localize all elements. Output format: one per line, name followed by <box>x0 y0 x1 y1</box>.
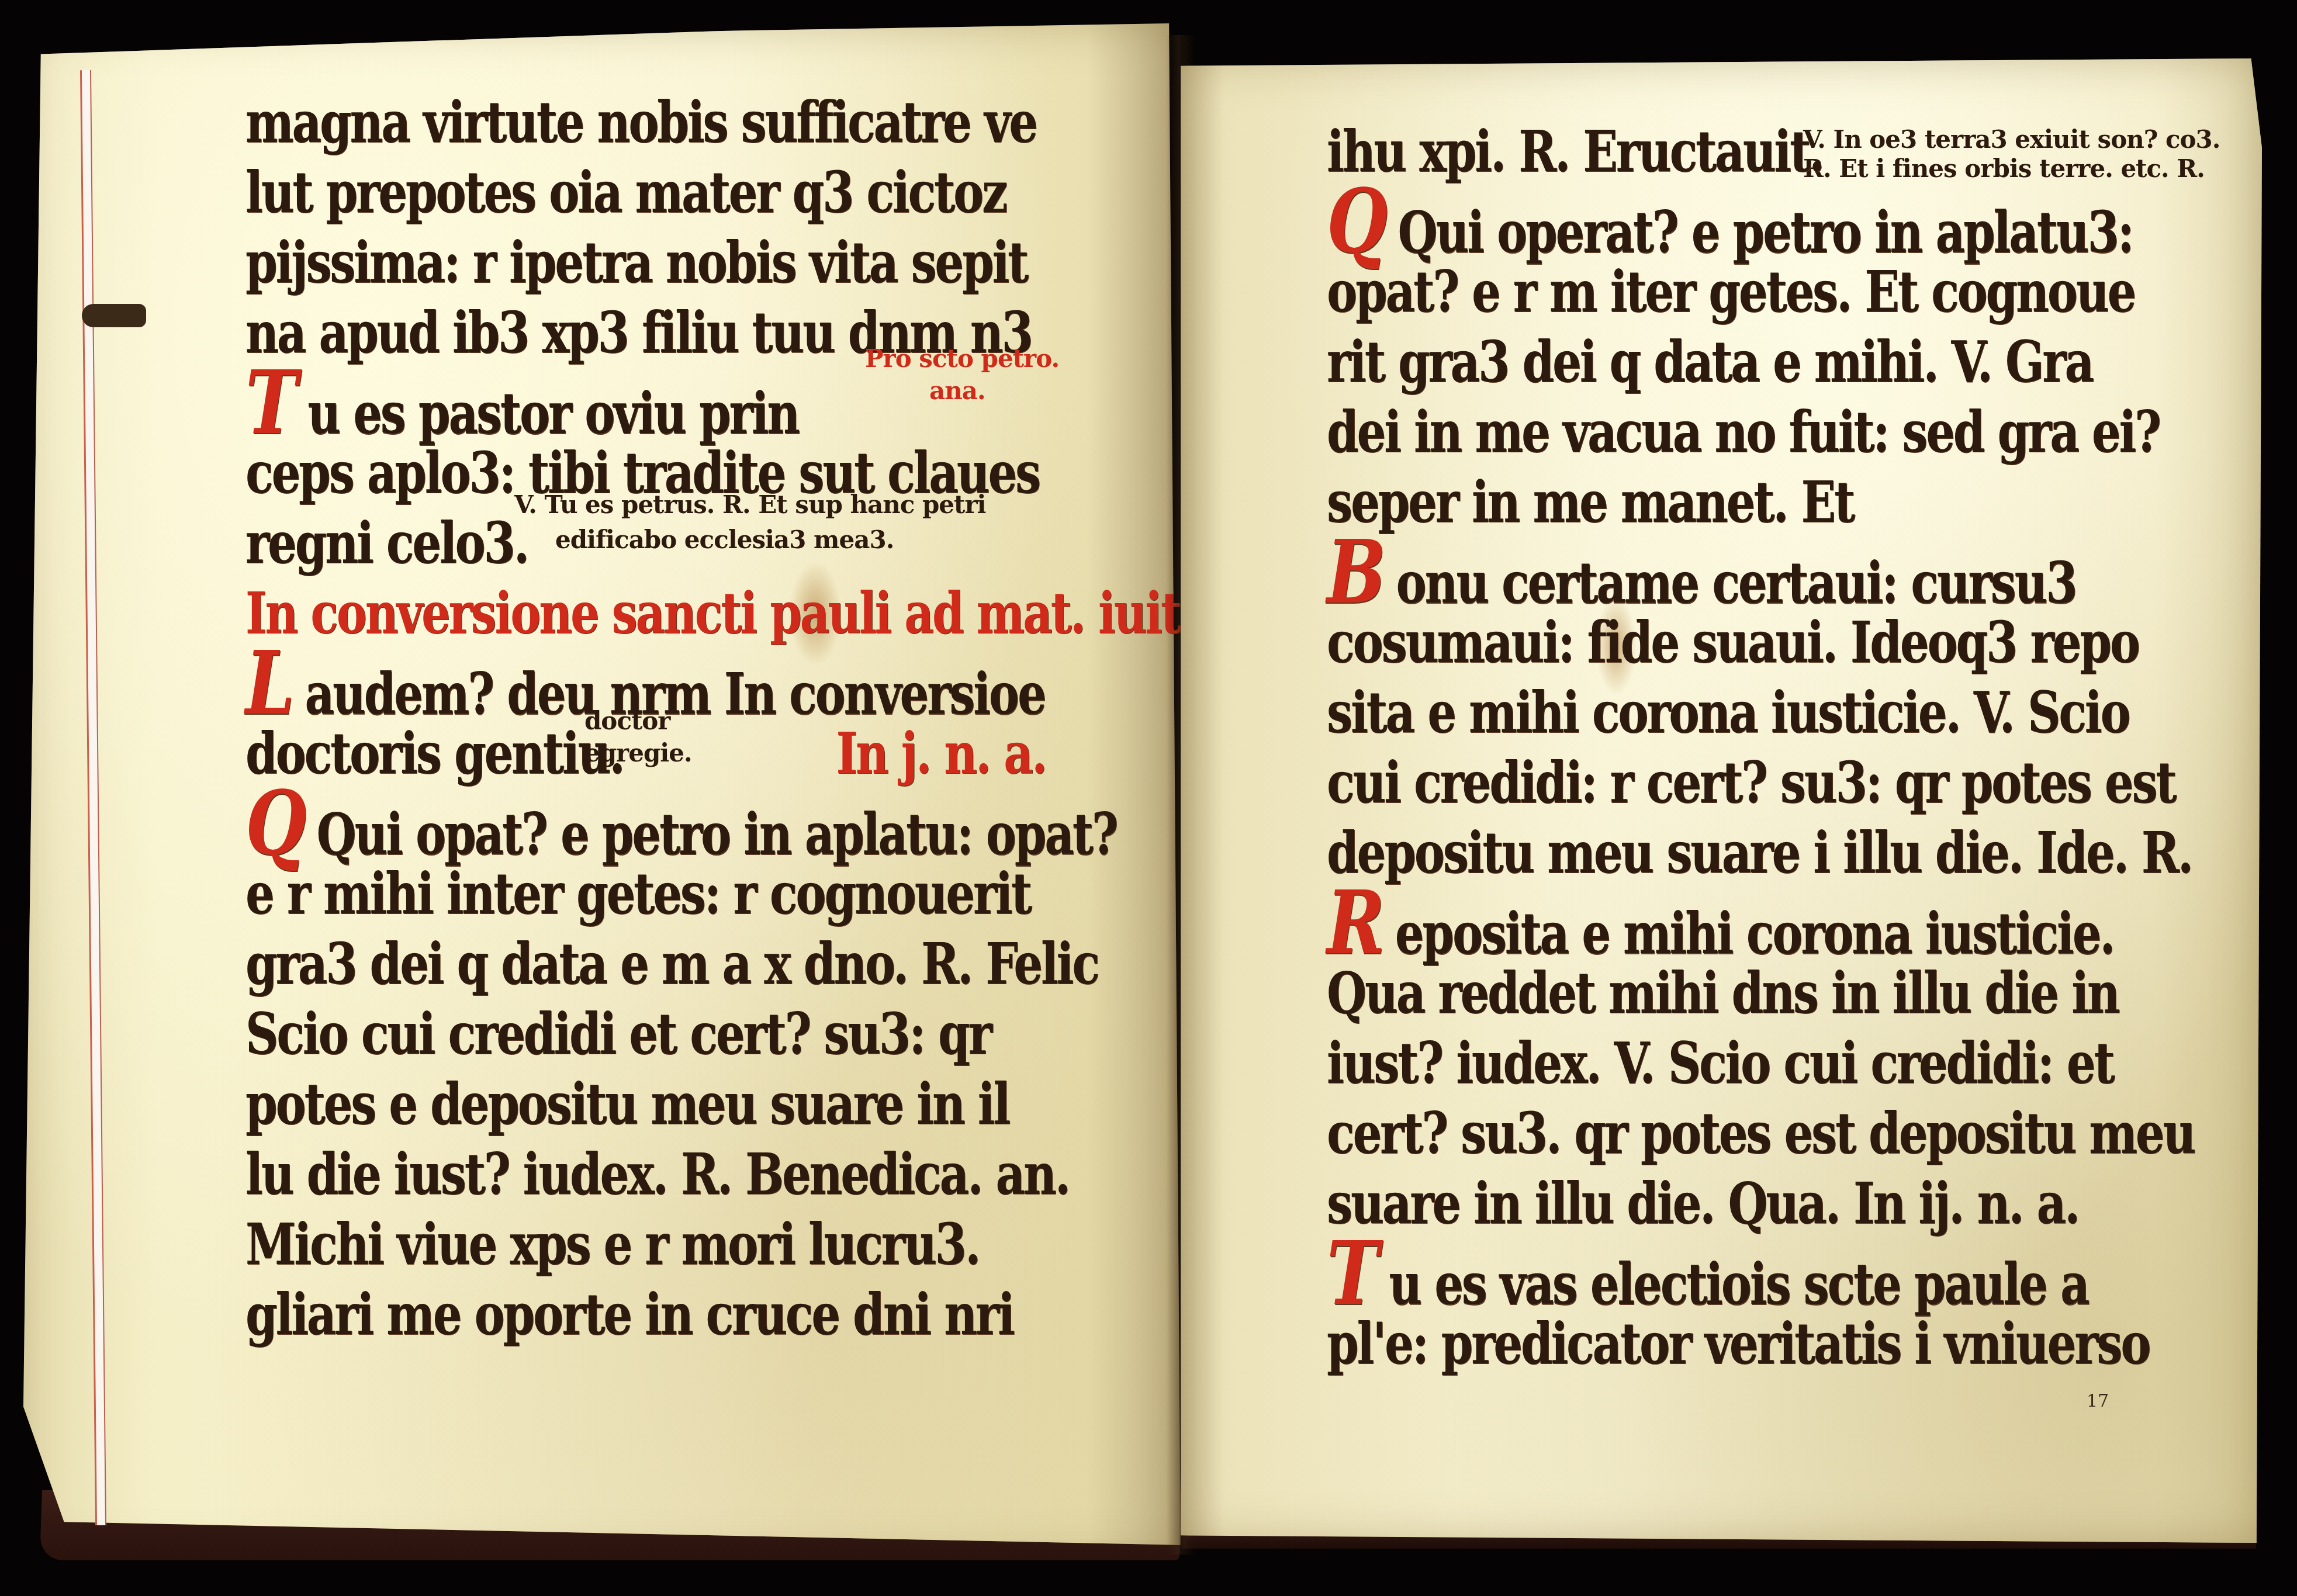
versicle-note: edificabo ecclesia3 mea3. <box>555 526 894 554</box>
hymn-note: egregie. <box>584 739 692 767</box>
text-line: pl'e: predicator veritatis i vniuerso <box>1327 1300 2157 1388</box>
rubric-in-j-noct: In j. n. a. <box>836 721 1046 787</box>
text-line: gliari me oporte in cruce dni nri <box>245 1271 1122 1359</box>
margin-note-ana: ana. <box>929 377 985 405</box>
versicle-note: V. Tu es petrus. R. Et sup hanc petri <box>514 491 986 519</box>
margin-note-pro-scto-petro: Pro scto petro. <box>865 345 1059 373</box>
folio-number: 17 <box>2087 1391 2109 1411</box>
manuscript-photo: magna virtute nobis sufficatre ve lut pr… <box>0 0 2297 1596</box>
left-page-text: magna virtute nobis sufficatre ve lut pr… <box>245 88 1122 1350</box>
binding-tie <box>82 304 146 327</box>
hymn-note: doctor <box>584 707 670 735</box>
right-page-text: ihu xpi. R. Eructauit. QQui operat? e pe… <box>1327 117 2157 1379</box>
